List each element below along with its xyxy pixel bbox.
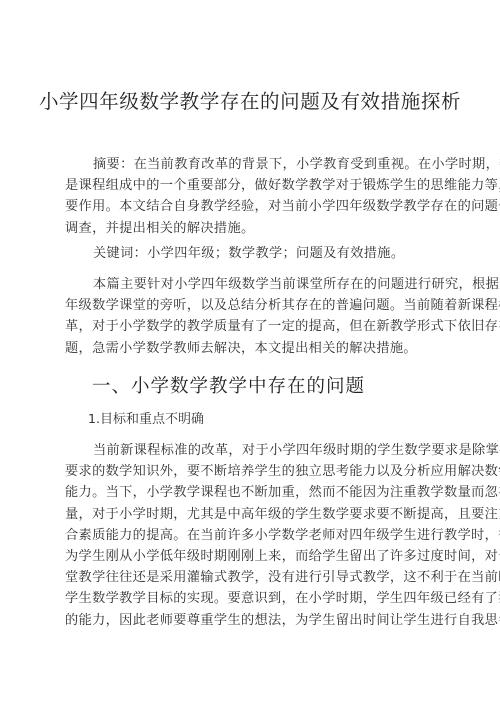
body-line: 量，对于小学时期，尤其是中高年级的学生数学要求要不断提高，且要注重学生综 (65, 504, 439, 525)
body-line: 合素质能力的提高。在当前许多小学数学老师对四年级学生进行教学时，往往会因 (65, 525, 439, 546)
keywords-paragraph: 关键词：小学四年级；数学教学；问题及有效措施。 (65, 243, 439, 264)
body-line: 堂教学往往还是采用灌输式教学，没有进行引导式教学，这不利于在当前时期对于 (65, 567, 439, 588)
intro-line: 题，急需小学数学教师去解决，本文提出相关的解决措施。 (65, 338, 439, 359)
abstract-line: 摘要：在当前教育改革的背景下，小学教育受到重视。在小学时期，数学教学 (65, 154, 439, 175)
keywords-line: 关键词：小学四年级；数学教学；问题及有效措施。 (65, 243, 439, 264)
subsection-heading: 1.目标和重点不明确 (88, 408, 204, 427)
body-line: 当前新课程标准的改革，对于小学四年级时期的学生数学要求是除掌握课本所 (65, 440, 439, 461)
body-line: 学生数学教学目标的实现。要意识到，在小学时期，学生四年级已经有了独立思考 (65, 588, 439, 609)
document-title: 小学四年级数学教学存在的问题及有效措施探析 (0, 86, 500, 114)
abstract-line: 是课程组成中的一个重要部分，做好数学教学对于锻炼学生的思维能力等，都有重 (65, 175, 439, 196)
section-heading: 一、小学数学教学中存在的问题 (92, 372, 365, 398)
body-line: 要求的数学知识外，要不断培养学生的独立思考能力以及分析应用解决数学问题的 (65, 461, 439, 482)
intro-line: 革，对于小学数学的教学质量有了一定的提高，但在新教学形式下依旧存在许多问 (65, 316, 439, 337)
document-page: 小学四年级数学教学存在的问题及有效措施探析 摘要：在当前教育改革的背景下，小学教… (0, 0, 500, 707)
intro-line: 年级数学课堂的旁听，以及总结分析其存在的普遍问题。当前随着新课程标准的改 (65, 295, 439, 316)
abstract-paragraph: 摘要：在当前教育改革的背景下，小学教育受到重视。在小学时期，数学教学 是课程组成… (65, 154, 439, 239)
intro-line: 本篇主要针对小学四年级数学当前课堂所存在的问题进行研究，根据对众多四 (65, 274, 439, 295)
body-line: 能力。当下，小学教学课程也不断加重，然而不能因为注重教学数量而忽视教学质 (65, 482, 439, 503)
subsection-number: 1. (88, 411, 100, 426)
abstract-line: 调查，并提出相关的解决措施。 (65, 218, 439, 239)
intro-paragraph: 本篇主要针对小学四年级数学当前课堂所存在的问题进行研究，根据对众多四 年级数学课… (65, 274, 439, 359)
body-line: 为学生刚从小学低年级时期刚刚上来，而给学生留出了许多过度时间，对于一些课 (65, 546, 439, 567)
body-line: 的能力，因此老师要尊重学生的想法，为学生留出时间让学生进行自我思考。同时， (65, 610, 439, 631)
abstract-line: 要作用。本文结合自身教学经验，对当前小学四年级数学教学存在的问题作出研究 (65, 196, 439, 217)
subsection-title: 目标和重点不明确 (100, 412, 204, 427)
body-paragraph: 当前新课程标准的改革，对于小学四年级时期的学生数学要求是除掌握课本所 要求的数学… (65, 440, 439, 631)
